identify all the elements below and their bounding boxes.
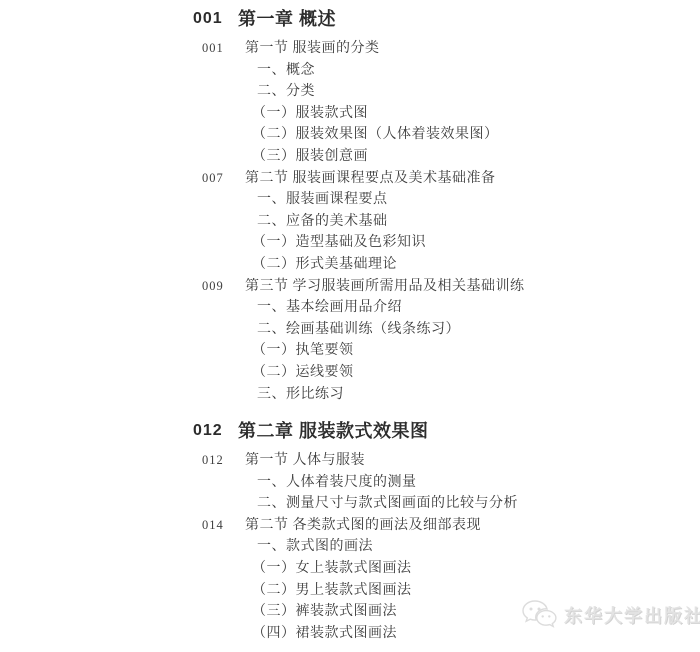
- toc-item-row: （二）形式美基础理论: [193, 254, 525, 276]
- toc-item-row: （四）裙装款式图画法: [193, 623, 525, 645]
- section-title: 第二节 各类款式图的画法及细部表现: [245, 515, 481, 537]
- chapter-title: 第二章 服装款式效果图: [238, 418, 429, 444]
- toc-chapter-row: 012第二章 服装款式效果图: [193, 418, 525, 444]
- section-page-number: 014: [202, 515, 245, 537]
- toc-item-row: （一）执笔要领: [193, 340, 525, 362]
- toc-item-row: 一、服装画课程要点: [193, 189, 525, 211]
- toc-section-row: 014第二节 各类款式图的画法及细部表现: [193, 515, 525, 537]
- section-title: 第一节 人体与服装: [245, 450, 365, 472]
- section-page-number: 009: [202, 276, 245, 298]
- toc-item-row: 二、分类: [193, 81, 525, 103]
- toc-section-row: 007第二节 服装画课程要点及美术基础准备: [193, 168, 525, 190]
- publisher-watermark: 东华大学出版社: [521, 598, 700, 631]
- toc-item-row: （三）服装创意画: [193, 146, 525, 168]
- toc-item-row: 一、基本绘画用品介绍: [193, 297, 525, 319]
- toc-section-row: 009第三节 学习服装画所需用品及相关基础训练: [193, 276, 525, 298]
- toc-section-row: 012第一节 人体与服装: [193, 450, 525, 472]
- section-title: 第三节 学习服装画所需用品及相关基础训练: [245, 276, 525, 298]
- wechat-icon: [521, 598, 559, 631]
- section-page-number: 012: [202, 450, 245, 472]
- toc-item-row: 一、款式图的画法: [193, 536, 525, 558]
- section-page-number: 001: [202, 38, 245, 60]
- toc-item-row: 二、绘画基础训练（线条练习）: [193, 319, 525, 341]
- toc-item-row: 二、应备的美术基础: [193, 211, 525, 233]
- toc-page: 001第一章 概述001第一节 服装画的分类一、概念二、分类（一）服装款式图（二…: [0, 0, 700, 652]
- section-title: 第二节 服装画课程要点及美术基础准备: [245, 168, 496, 190]
- toc-item-row: （三）裤装款式图画法: [193, 601, 525, 623]
- table-of-contents: 001第一章 概述001第一节 服装画的分类一、概念二、分类（一）服装款式图（二…: [193, 6, 525, 644]
- section-page-number: 007: [202, 168, 245, 190]
- toc-item-row: （二）服装效果图（人体着装效果图）: [193, 124, 525, 146]
- toc-item-row: 二、测量尺寸与款式图画面的比较与分析: [193, 493, 525, 515]
- publisher-name: 东华大学出版社: [564, 602, 700, 628]
- toc-item-row: （一）女上装款式图画法: [193, 558, 525, 580]
- toc-section-row: 001第一节 服装画的分类: [193, 38, 525, 60]
- toc-item-row: 一、概念: [193, 60, 525, 82]
- toc-item-row: 三、形比练习: [193, 384, 525, 406]
- chapter-title: 第一章 概述: [238, 6, 336, 32]
- toc-item-row: （一）服装款式图: [193, 103, 525, 125]
- toc-item-row: （二）运线要领: [193, 362, 525, 384]
- chapter-page-number: 012: [193, 418, 238, 444]
- toc-item-row: 一、人体着装尺度的测量: [193, 472, 525, 494]
- chapter-page-number: 001: [193, 6, 238, 32]
- toc-chapter-row: 001第一章 概述: [193, 6, 525, 32]
- toc-item-row: （二）男上装款式图画法: [193, 580, 525, 602]
- toc-item-row: （一）造型基础及色彩知识: [193, 232, 525, 254]
- section-title: 第一节 服装画的分类: [245, 38, 380, 60]
